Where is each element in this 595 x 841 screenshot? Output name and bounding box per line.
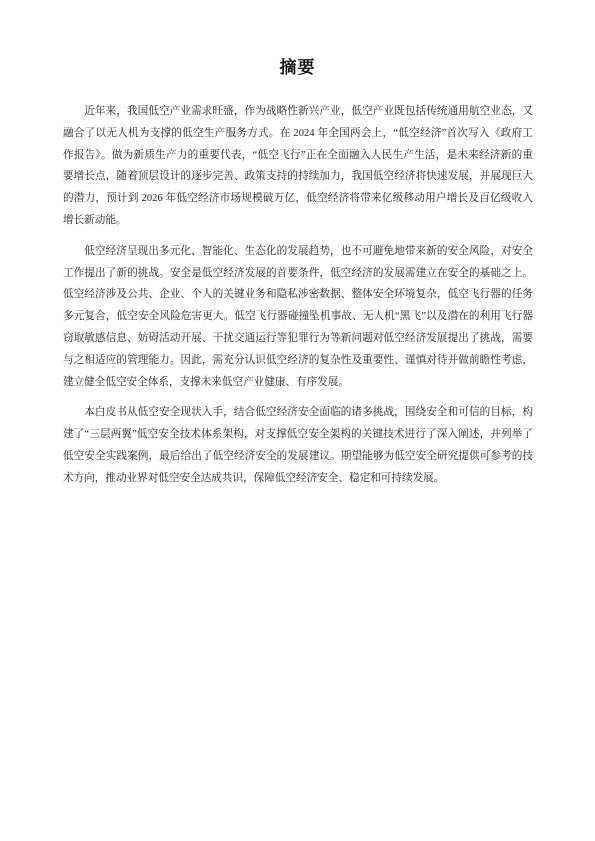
document-page: 摘要 近年来，我国低空产业需求旺盛，作为战略性新兴产业，低空产业既包括传统通用航… [0,0,595,841]
abstract-paragraph-2: 低空经济呈现出多元化、智能化、生态化的发展趋势，也不可避免地带来新的安全风险，对… [63,241,533,394]
abstract-body: 近年来，我国低空产业需求旺盛，作为战略性新兴产业，低空产业既包括传统通用航空业态… [63,101,533,490]
abstract-paragraph-3: 本白皮书从低空安全现状入手，结合低空经济安全面临的诸多挑战，围绕安全和可信的目标… [63,402,533,489]
page-title: 摘要 [0,0,595,79]
abstract-paragraph-1: 近年来，我国低空产业需求旺盛，作为战略性新兴产业，低空产业既包括传统通用航空业态… [63,101,533,232]
